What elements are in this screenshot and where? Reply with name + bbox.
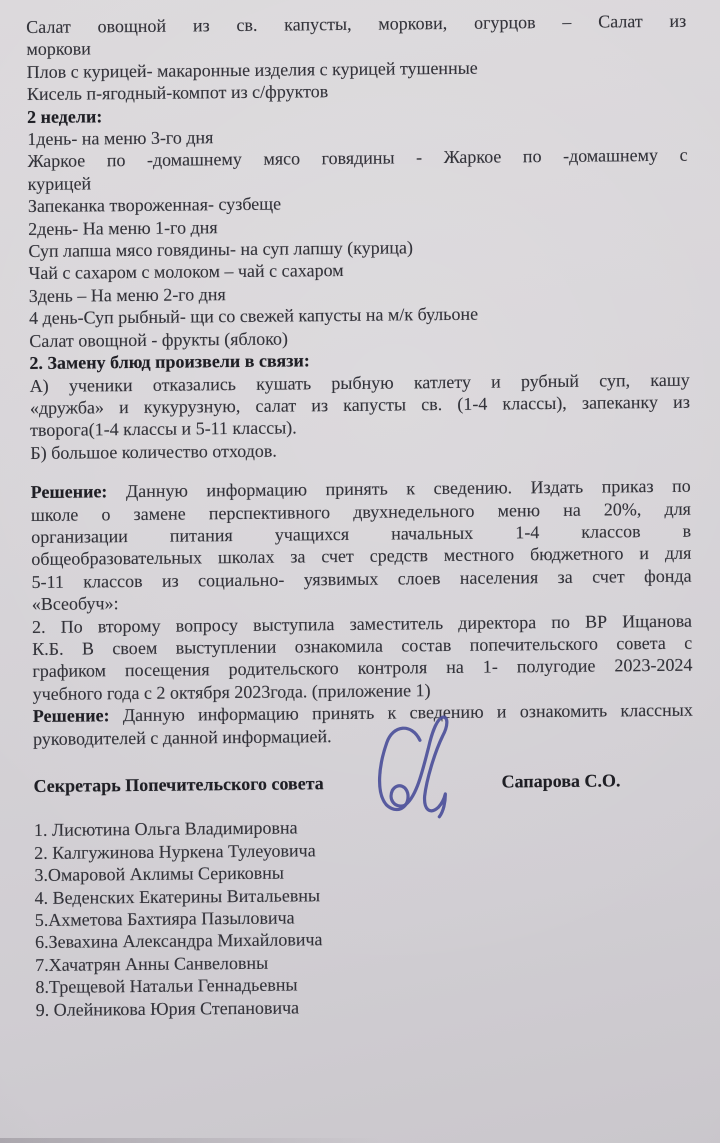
decision-text: Данную информацию принять к сведению. Из… — [126, 476, 691, 501]
trustees-list: 1. Лисютина Ольга Владимировна 2. Калгуж… — [34, 813, 696, 1021]
secretary-name: Сапарова С.О. — [501, 769, 620, 793]
document-text: Салат овощной из св. капусты, моркови, о… — [26, 10, 696, 1021]
decision-label: Решение: — [33, 705, 110, 726]
decision-text: Данную информацию принять к сведению и о… — [123, 700, 693, 725]
secretary-title: Секретарь Попечительского совета — [33, 772, 323, 797]
scanned-document-page: Салат овощной из св. капусты, моркови, о… — [0, 0, 720, 1143]
decision-label: Решение: — [31, 481, 108, 502]
